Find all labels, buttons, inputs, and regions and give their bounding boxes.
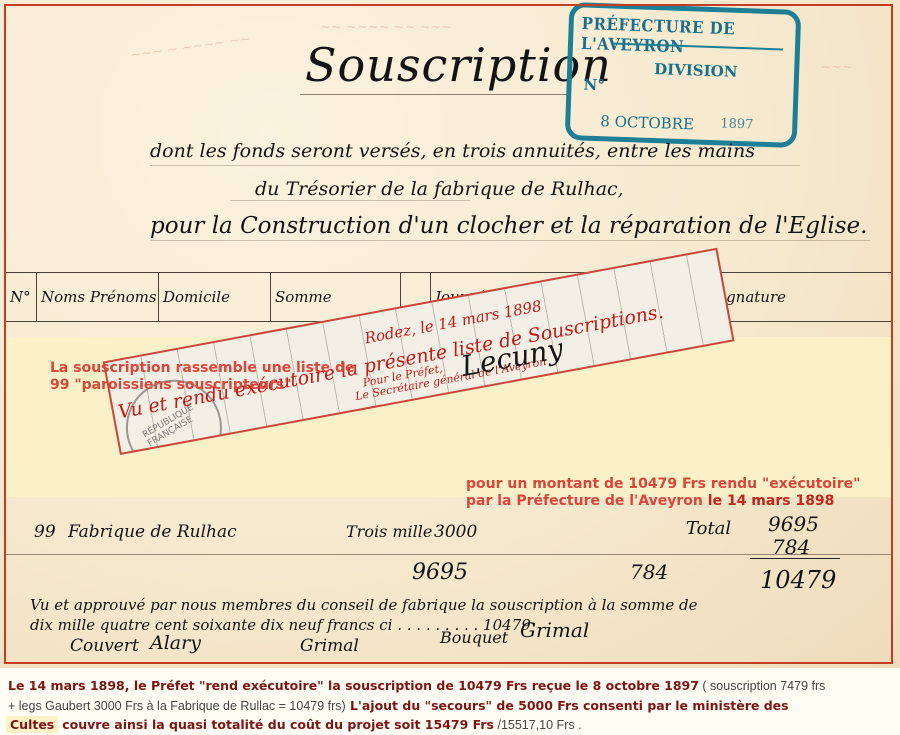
signature-5: Grimal [520,618,589,642]
annotation-note-left-line1: La souscription rassemble une liste de [50,360,355,377]
annotation-prefecture: par la Préfecture de l'Aveyron [466,493,708,509]
subtitle-line-3: pour la Construction d'un clocher et la … [150,213,867,239]
caption-line-2: + legs Gaubert 3000 Frs à la Fabrique de… [8,698,789,713]
caption-block: Le 14 mars 1898, le Préfet "rend exécuto… [0,668,900,735]
annotation-note-right-line1: pour un montant de 10479 Frs rendu "exéc… [466,476,860,493]
title-underline [300,94,570,95]
ruled-line [150,240,870,241]
bleed-through-text: ~~~ ~ ~~~~ ~~ [130,32,252,64]
ruled-line [150,165,800,166]
stamp-number-label: N° [583,76,605,95]
signature-2: Alary [150,632,201,654]
approval-line-1: Vu et approuvé par nous membres du conse… [30,596,698,614]
prefecture-stamp: PRÉFECTURE DE L'AVEYRON DIVISION N° 8 OC… [565,2,802,148]
caption-line-2-note: + legs Gaubert 3000 Frs à la Fabrique de… [8,699,346,713]
somme-total: 9695 [412,560,468,585]
row-name: Fabrique de Rulhac [68,522,237,542]
caption-line-3: Cultes couvre ainsi la quasi totalité du… [6,717,582,732]
column-header-number: N° [6,273,36,321]
grand-total: 10479 [760,566,836,594]
annotation-note-left: La souscription rassemble une liste de 9… [50,360,355,394]
caption-line-1: Le 14 mars 1898, le Préfet "rend exécuto… [8,678,825,693]
ruled-line [230,200,470,201]
document-scan: ~~~ ~ ~~~~ ~~ ~~ ~~~~ ~~ ~~~ ~~~ Souscri… [0,0,900,668]
total-line-2: 784 [772,535,810,559]
journees-total: 784 [630,560,668,584]
caption-line-3-bold: couvre ainsi la quasi totalité du coût d… [62,717,494,732]
stamp-year: 1897 [720,116,754,132]
annotation-note-right-line2: par la Préfecture de l'Aveyron le 14 mar… [466,493,860,510]
caption-cultes: Cultes [6,716,58,733]
caption-line-1-bold: Le 14 mars 1898, le Préfet "rend exécuto… [8,678,699,693]
total-label: Total [686,518,731,539]
column-header-domicile: Domicile [158,273,270,321]
total-line-1: 9695 [768,512,819,536]
bleed-through-text: ~~~ [820,60,853,75]
sum-rule [750,558,840,559]
subtitle-line-1: dont les fonds seront versés, en trois a… [150,140,755,162]
stamp-date: 8 OCTOBRE [600,112,694,133]
row-amount-words: Trois mille [346,522,432,541]
annotation-note-right: pour un montant de 10479 Frs rendu "exéc… [466,476,860,510]
table-row-99: 99 Fabrique de Rulhac Trois mille 3000 [6,512,892,555]
annotation-date: le 14 mars 1898 [708,493,835,509]
subtitle-line-2: du Trésorier de la fabrique de Rulhac, [255,178,624,200]
row-amount: 3000 [434,522,477,542]
caption-line-3-note: /15517,10 Frs . [494,718,582,732]
stamp-prefecture: PRÉFECTURE DE L'AVEYRON [581,14,796,61]
caption-line-2-bold: L'ajout du "secours" de 5000 Frs consent… [346,698,789,713]
column-header-names: Noms Prénoms [36,273,158,321]
signature-4: Bouquet [440,628,508,647]
signature-3: Grimal [300,636,359,656]
stamp-division: DIVISION [654,60,738,81]
row-number: 99 [34,522,56,542]
annotation-note-left-line2: 99 "paroissiens souscripteurs" [50,377,355,394]
caption-line-1-note: ( souscription 7479 frs [699,679,825,693]
signature-1: Couvert [70,636,139,656]
bleed-through-text: ~~ ~~~~ ~~ ~~~ [320,20,452,35]
